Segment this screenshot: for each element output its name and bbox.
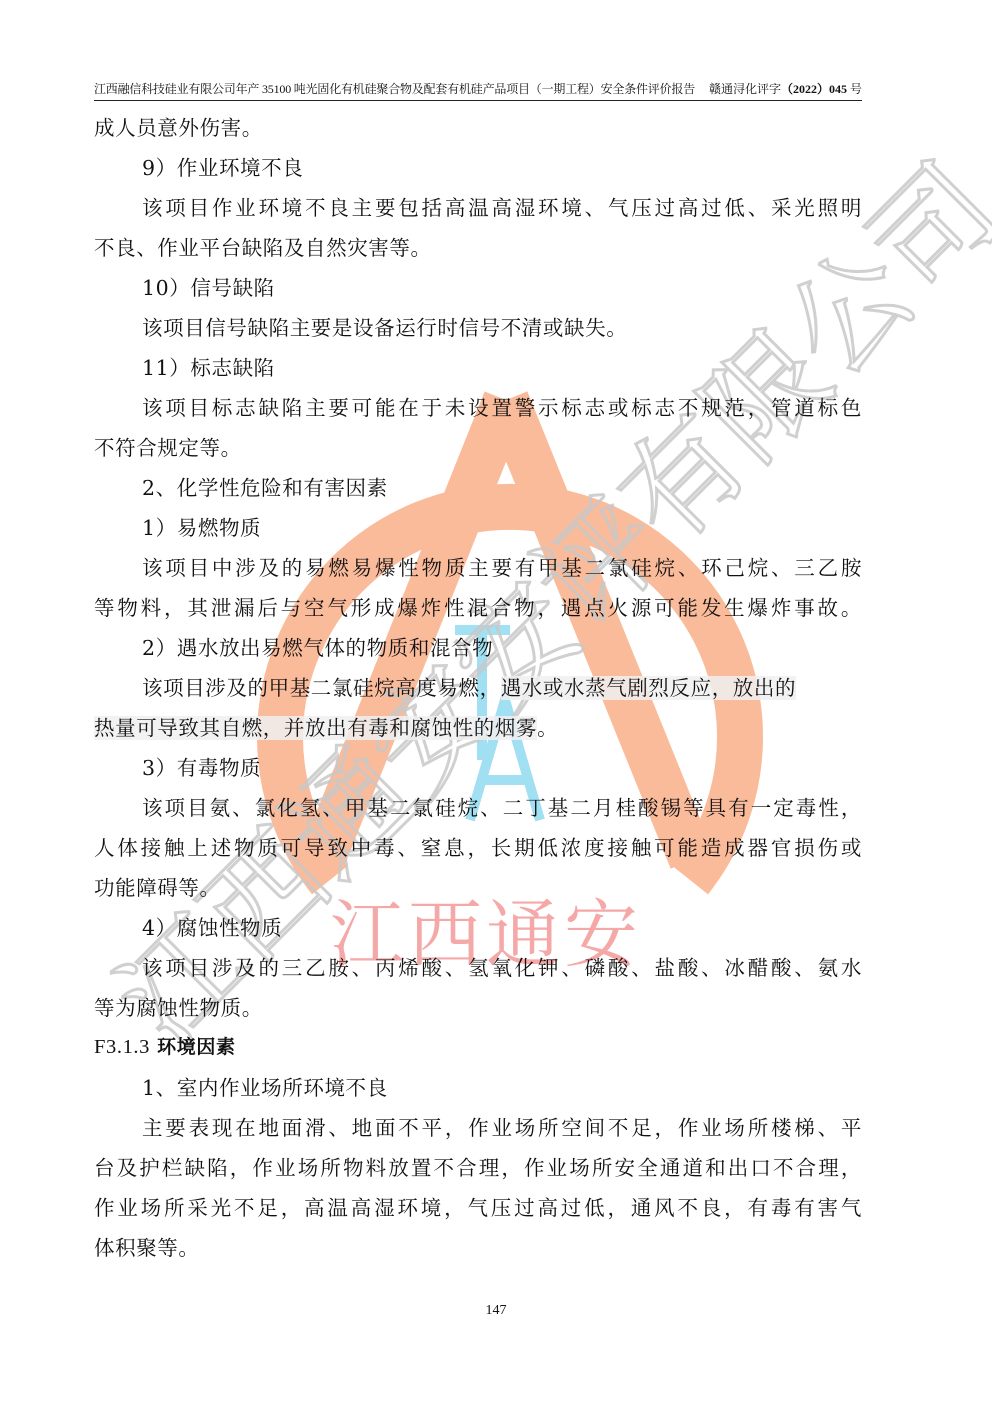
paragraph-line: 该项目作业环境不良主要包括高温高湿环境、气压过高过低、采光照明 bbox=[142, 188, 862, 228]
paragraph-line: 体积聚等。 bbox=[94, 1228, 200, 1268]
paragraph-line: 主要表现在地面滑、地面不平，作业场所空间不足，作业场所楼梯、平 bbox=[142, 1108, 862, 1148]
paragraph-line: 不符合规定等。 bbox=[94, 428, 242, 468]
item-heading: 2）遇水放出易燃气体的物质和混合物 bbox=[142, 628, 493, 668]
paragraph-line-highlighted: 热量可导致其自燃，并放出有毒和腐蚀性的烟雾。 bbox=[94, 708, 558, 748]
paragraph-line: 该项目涉及的三乙胺、丙烯酸、氢氧化钾、磷酸、盐酸、冰醋酸、氨水 bbox=[142, 948, 862, 988]
paragraph-line-highlighted: 该项目涉及的甲基二氯硅烷高度易燃，遇水或水蒸气剧烈反应，放出的 bbox=[142, 668, 862, 708]
paragraph-line: 人体接触上述物质可导致中毒、窒息，长期低浓度接触可能造成器官损伤或 bbox=[94, 828, 862, 868]
highlighted-text: 热量可导致其自燃，并放出有毒和腐蚀性的烟雾 bbox=[94, 716, 537, 740]
paragraph-line: 台及护栏缺陷，作业场所物料放置不合理，作业场所安全通道和出口不合理， bbox=[94, 1148, 862, 1188]
paragraph-line: 该项目标志缺陷主要可能在于未设置警示标志或标志不规范，管道标色 bbox=[142, 388, 862, 428]
page-number: 147 bbox=[0, 1303, 992, 1319]
paragraph-line: 该项目信号缺陷主要是设备运行时信号不清或缺失。 bbox=[142, 308, 627, 348]
item-heading: 3）有毒物质 bbox=[142, 748, 261, 788]
report-title: 江西融信科技硅业有限公司年产 35100 吨光固化有机硅聚合物及配套有机硅产品项… bbox=[94, 80, 695, 98]
document-number: 赣通浔化评字（2022）045 号 bbox=[709, 80, 862, 98]
paragraph-line: 成人员意外伤害。 bbox=[94, 108, 263, 148]
item-heading: 4）腐蚀性物质 bbox=[142, 908, 282, 948]
paragraph-line: 不良、作业平台缺陷及自然灾害等。 bbox=[94, 228, 432, 268]
section-heading: 2、化学性危险和有害因素 bbox=[142, 468, 388, 508]
paragraph-line: 功能障碍等。 bbox=[94, 868, 221, 908]
page-header: 江西融信科技硅业有限公司年产 35100 吨光固化有机硅聚合物及配套有机硅产品项… bbox=[94, 80, 862, 101]
subsection-heading: F3.1.3 环境因素 bbox=[94, 1026, 236, 1066]
paragraph-line: 作业场所采光不足，高温高湿环境，气压过高过低，通风不良，有毒有害气 bbox=[94, 1188, 862, 1228]
paragraph-line: 该项目氨、氯化氢、甲基二氯硅烷、二丁基二月桂酸锡等具有一定毒性， bbox=[142, 788, 862, 828]
item-heading: 9）作业环境不良 bbox=[142, 148, 303, 188]
highlighted-text: 遇水或水蒸气剧烈反应，放出的 bbox=[501, 676, 796, 700]
section-heading: 1、室内作业场所环境不良 bbox=[142, 1068, 388, 1108]
paragraph-line: 该项目中涉及的易燃易爆性物质主要有甲基二氯硅烷、环己烷、三乙胺 bbox=[142, 548, 862, 588]
paragraph-line: 等物料，其泄漏后与空气形成爆炸性混合物，遇点火源可能发生爆炸事故。 bbox=[94, 588, 862, 628]
item-heading: 10）信号缺陷 bbox=[142, 268, 275, 308]
paragraph-line: 等为腐蚀性物质。 bbox=[94, 988, 263, 1028]
document-page: 江西通安 江西通安安评有限公司 江西融信科技硅业有限公司年产 35100 吨光固… bbox=[0, 0, 992, 1403]
item-heading: 11）标志缺陷 bbox=[142, 348, 275, 388]
item-heading: 1）易燃物质 bbox=[142, 508, 261, 548]
